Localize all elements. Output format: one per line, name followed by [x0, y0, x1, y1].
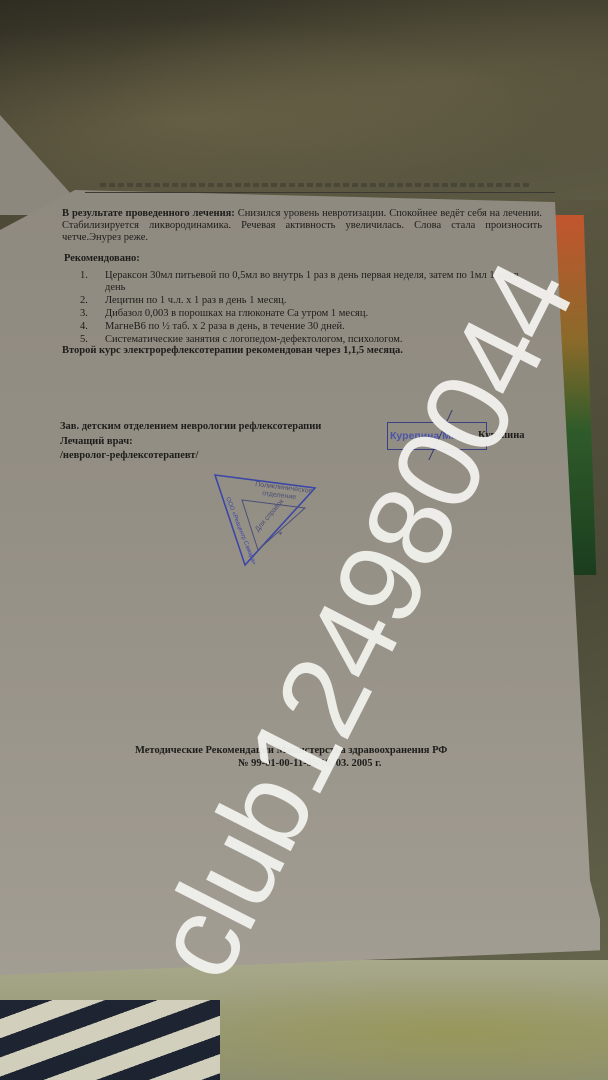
header-faint-text: [100, 183, 530, 187]
second-course-note: Второй курс электрорефлексотерапии реком…: [62, 345, 403, 357]
doctor-label: Лечащий врач:: [60, 436, 133, 448]
head-of-department: Зав. детским отделением неврологии рефле…: [60, 421, 321, 433]
background-striped-cloth: [0, 1000, 220, 1080]
triangular-stamp: Поликлиническое отделение Для справок ОО…: [210, 470, 320, 570]
treatment-result: В результате проведенного лечения: Снизи…: [62, 208, 542, 244]
doctor-specialty: /невролог-рефлексотерапевт/: [60, 450, 198, 462]
header-divider: [85, 192, 555, 193]
treatment-result-label: В результате проведенного лечения:: [62, 208, 235, 219]
recommendations-title: Рекомендовано:: [64, 253, 140, 265]
svg-text:*: *: [278, 530, 283, 540]
